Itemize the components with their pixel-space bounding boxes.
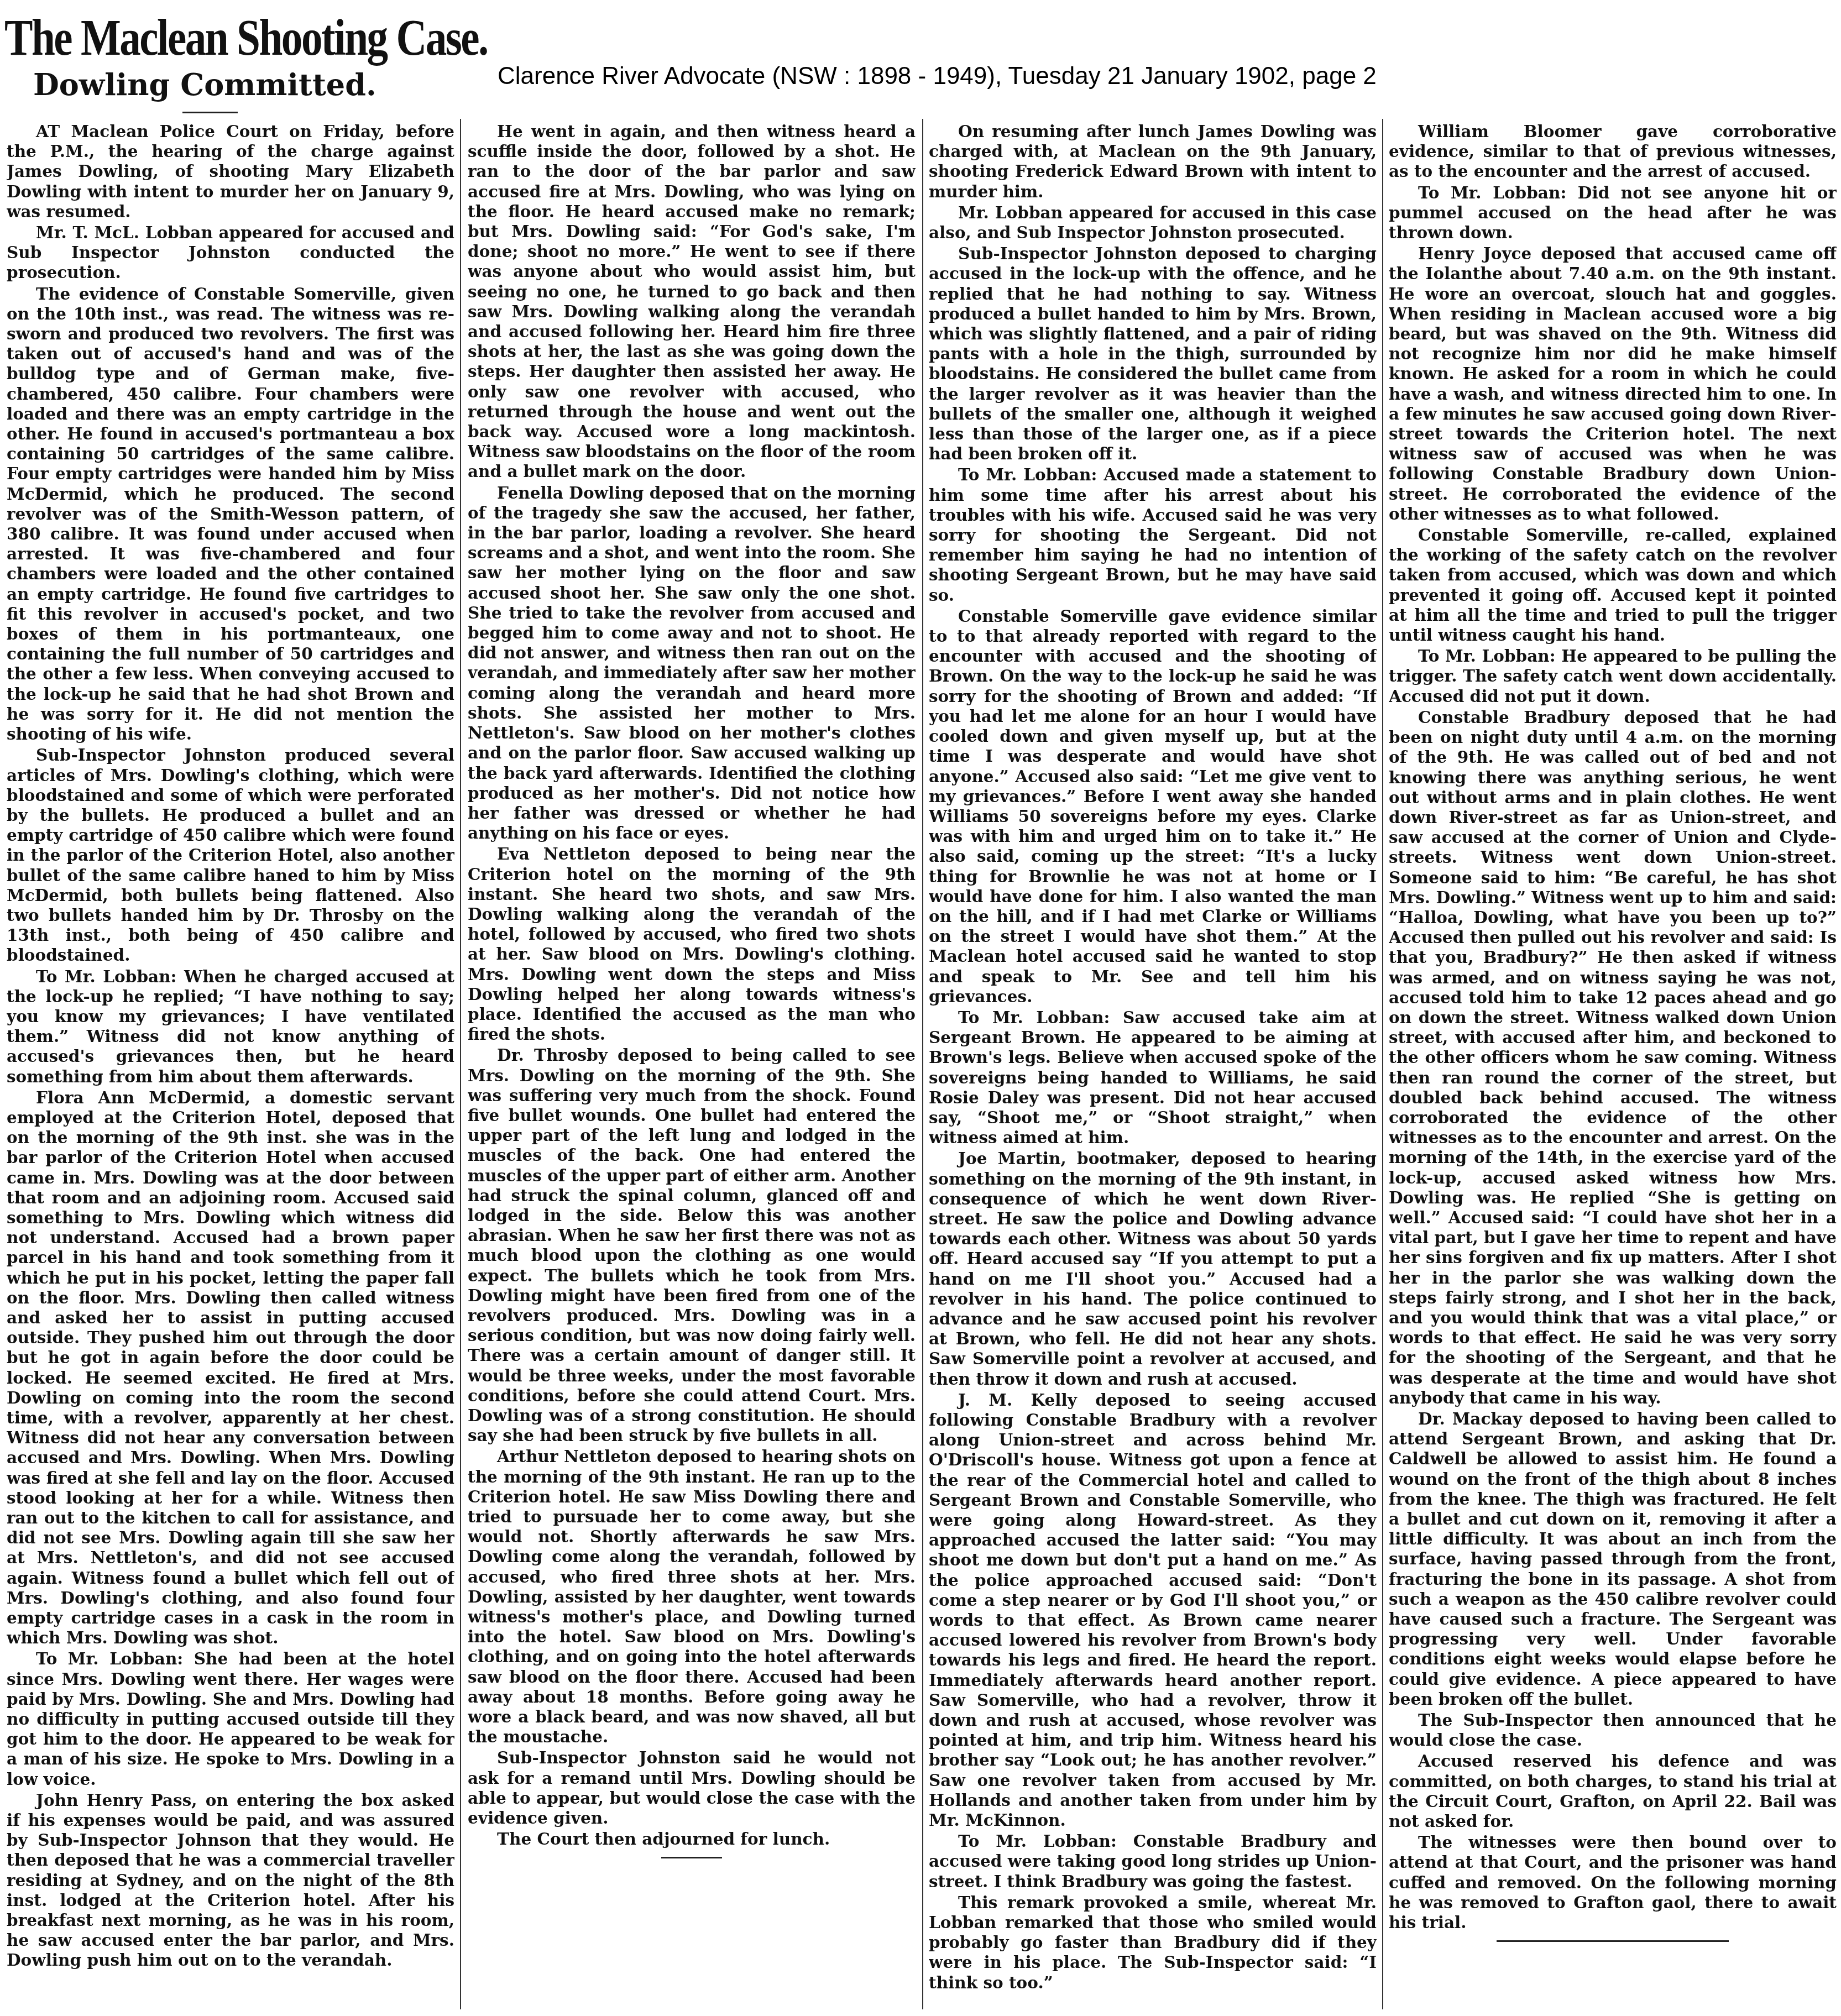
column-divider [460,119,461,2009]
paragraph: The witnesses were then bound over to at… [1389,1832,1837,1933]
paragraph: AT Maclean Police Court on Friday, befor… [7,122,454,222]
paragraph: To Mr. Lobban: Did not see anyone hit or… [1389,183,1837,243]
paragraph: Fenella Dowling deposed that on the morn… [468,483,916,844]
paragraph: He went in again, and then witness heard… [468,122,916,482]
paragraph: To Mr. Lobban: When he charged accused a… [7,967,454,1087]
paragraph: To Mr. Lobban: She had been at the hotel… [7,1649,454,1789]
paragraph: To Mr. Lobban: Saw accused take aim at S… [929,1008,1377,1148]
paragraph: Mr. T. McL. Lobban appeared for accused … [7,223,454,283]
paragraph: The Court then adjourned for lunch. [468,1829,916,1849]
section-end-rule [661,1857,722,1858]
article-column-1: AT Maclean Police Court on Friday, befor… [7,122,454,2012]
paragraph: Sub-Inspector Johnston said he would not… [468,1748,916,1828]
paragraph: Flora Ann McDermid, a domestic servant e… [7,1088,454,1648]
headline-divider [182,112,238,117]
paragraph: John Henry Pass, on entering the box ask… [7,1790,454,1971]
source-caption: Clarence River Advocate (NSW : 1898 - 19… [498,61,1377,92]
paragraph: To Mr. Lobban: He appeared to be pulling… [1389,646,1837,706]
paragraph: The Sub-Inspector then announced that he… [1389,1710,1837,1750]
paragraph: Accused reserved his defence and was com… [1389,1751,1837,1831]
paragraph: Dr. Throsby deposed to being called to s… [468,1045,916,1446]
article-end-rule [1497,1940,1729,1942]
article-subheadline: Dowling Committed. [33,65,420,104]
paragraph: Constable Somerville gave evidence simil… [929,606,1377,1007]
paragraph: To Mr. Lobban: Accused made a statement … [929,465,1377,605]
paragraph: William Bloomer gave corroborative evide… [1389,122,1837,182]
column-divider [1382,119,1383,2009]
paragraph: Dr. Mackay deposed to having been called… [1389,1409,1837,1709]
article-column-4: William Bloomer gave corroborative evide… [1389,122,1837,2012]
paragraph: Eva Nettleton deposed to being near the … [468,844,916,1044]
article-column-2: He went in again, and then witness heard… [468,122,916,2012]
paragraph: J. M. Kelly deposed to seeing accused fo… [929,1390,1377,1830]
paragraph: To Mr. Lobban: Constable Bradbury and ac… [929,1831,1377,1892]
paragraph: On resuming after lunch James Dowling wa… [929,122,1377,202]
paragraph: Constable Bradbury deposed that he had b… [1389,708,1837,1408]
paragraph: Joe Martin, bootmaker, deposed to hearin… [929,1149,1377,1389]
paragraph: Sub-Inspector Johnston deposed to chargi… [929,244,1377,464]
paragraph: Mr. Lobban appeared for accused in this … [929,203,1377,243]
paragraph: Constable Somerville, re-called, explain… [1389,525,1837,645]
article-headline: The Maclean Shooting Case. [4,8,367,67]
paragraph: The evidence of Constable Somerville, gi… [7,284,454,745]
paragraph: This remark provoked a smile, whereat Mr… [929,1893,1377,1993]
column-divider [922,119,923,2009]
paragraph: Henry Joyce deposed that accused came of… [1389,244,1837,524]
paragraph: Arthur Nettleton deposed to hearing shot… [468,1447,916,1747]
article-column-3: On resuming after lunch James Dowling wa… [929,122,1377,2012]
paragraph: Sub-Inspector Johnston produced several … [7,745,454,965]
